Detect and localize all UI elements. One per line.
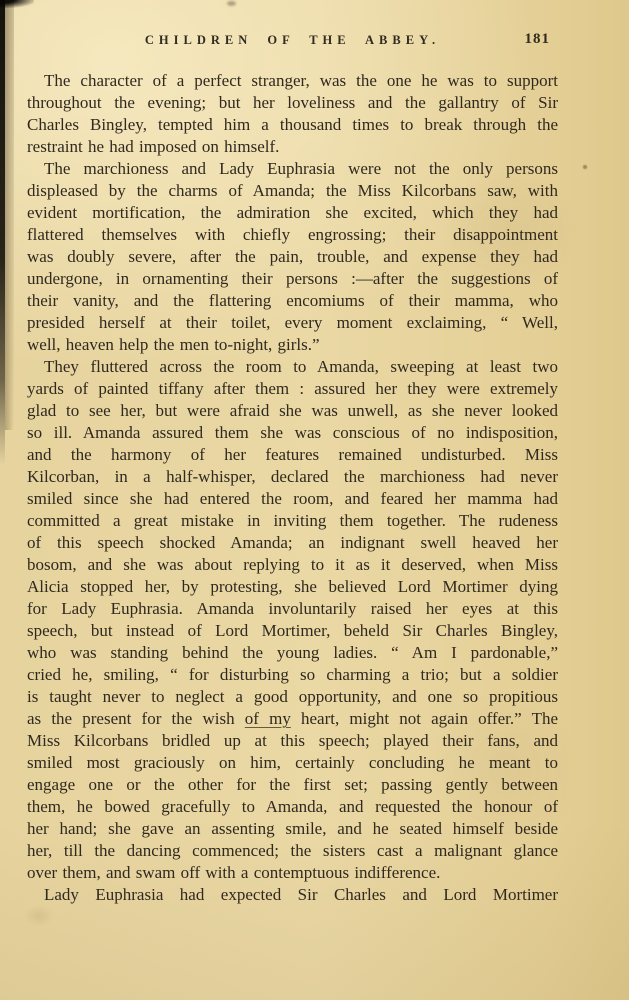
text-line: them, he bowed gracefully to Amanda, and… bbox=[27, 796, 558, 818]
text-line: and the harmony of her features remained… bbox=[27, 444, 558, 466]
page-number: 181 bbox=[525, 31, 551, 48]
text-line: committed a great mistake in inviting th… bbox=[27, 510, 558, 532]
text-line: who was standing behind the young ladies… bbox=[27, 642, 558, 664]
text-line: Lady Euphrasia had expected Sir Charles … bbox=[27, 884, 558, 906]
pencil-underline: of my bbox=[245, 709, 291, 728]
text-line: of this speech shocked Amanda; an indign… bbox=[27, 532, 558, 554]
text-line: Charles Bingley, tempted him a thousand … bbox=[27, 114, 558, 136]
text-line: their vanity, and the flattering encomiu… bbox=[27, 290, 558, 312]
text-line: Miss Kilcorbans bridled up at this speec… bbox=[27, 730, 558, 752]
text-line: speech, but instead of Lord Mortimer, be… bbox=[27, 620, 558, 642]
text-line: her, till the dancing commenced; the sis… bbox=[27, 840, 558, 862]
text-line: undergone, in ornamenting their persons … bbox=[27, 268, 558, 290]
scan-corner-smudge bbox=[0, 0, 34, 8]
text-line: The marchioness and Lady Euphrasia were … bbox=[27, 158, 558, 180]
running-title: CHILDREN OF THE ABBEY. bbox=[27, 33, 558, 48]
paper-stain bbox=[24, 905, 54, 927]
scan-edge-shadow bbox=[0, 0, 5, 470]
paper-stain bbox=[227, 1, 236, 6]
text-line: as the present for the wish of my heart,… bbox=[27, 708, 558, 730]
text-line: They fluttered across the room to Amanda… bbox=[27, 356, 558, 378]
text-line: glad to see her, but were afraid she was… bbox=[27, 400, 558, 422]
text-line: evident mortification, the admiration sh… bbox=[27, 202, 558, 224]
text-line: flattered themselves with chiefly engros… bbox=[27, 224, 558, 246]
text-line: well, heaven help the men to-night, girl… bbox=[27, 334, 558, 356]
text-line: cried he, smiling, “ for disturbing so c… bbox=[27, 664, 558, 686]
text-line: presided herself at their toilet, every … bbox=[27, 312, 558, 334]
text-line: throughout the evening; but her loveline… bbox=[27, 92, 558, 114]
text-line: The character of a perfect stranger, was… bbox=[27, 70, 558, 92]
text-line: restraint he had imposed on himself. bbox=[27, 136, 558, 158]
text-line: yards of painted tiffany after them : as… bbox=[27, 378, 558, 400]
paper-stain bbox=[583, 165, 587, 169]
text-line: smiled most graciously on him, certainly… bbox=[27, 752, 558, 774]
text-line: smiled since she had entered the room, a… bbox=[27, 488, 558, 510]
text-line: over them, and swam off with a contemptu… bbox=[27, 862, 558, 884]
text-line: is taught never to neglect a good opport… bbox=[27, 686, 558, 708]
text-line: her hand; she gave an assenting smile, a… bbox=[27, 818, 558, 840]
running-header: CHILDREN OF THE ABBEY. 181 bbox=[27, 33, 558, 53]
text-block: The character of a perfect stranger, was… bbox=[27, 70, 558, 906]
text-line: engage one or the other for the first se… bbox=[27, 774, 558, 796]
text-line: Alicia stopped her, by protesting, she b… bbox=[27, 576, 558, 598]
text-line: for Lady Euphrasia. Amanda involuntarily… bbox=[27, 598, 558, 620]
text-line: displeased by the charms of Amanda; the … bbox=[27, 180, 558, 202]
text-line: was doubly severe, after the pain, troub… bbox=[27, 246, 558, 268]
book-page-scan: CHILDREN OF THE ABBEY. 181 The character… bbox=[0, 0, 629, 1000]
text-line: Kilcorban, in a half-whisper, declared t… bbox=[27, 466, 558, 488]
text-line: so ill. Amanda assured them she was cons… bbox=[27, 422, 558, 444]
text-line: bosom, and she was about replying to it … bbox=[27, 554, 558, 576]
